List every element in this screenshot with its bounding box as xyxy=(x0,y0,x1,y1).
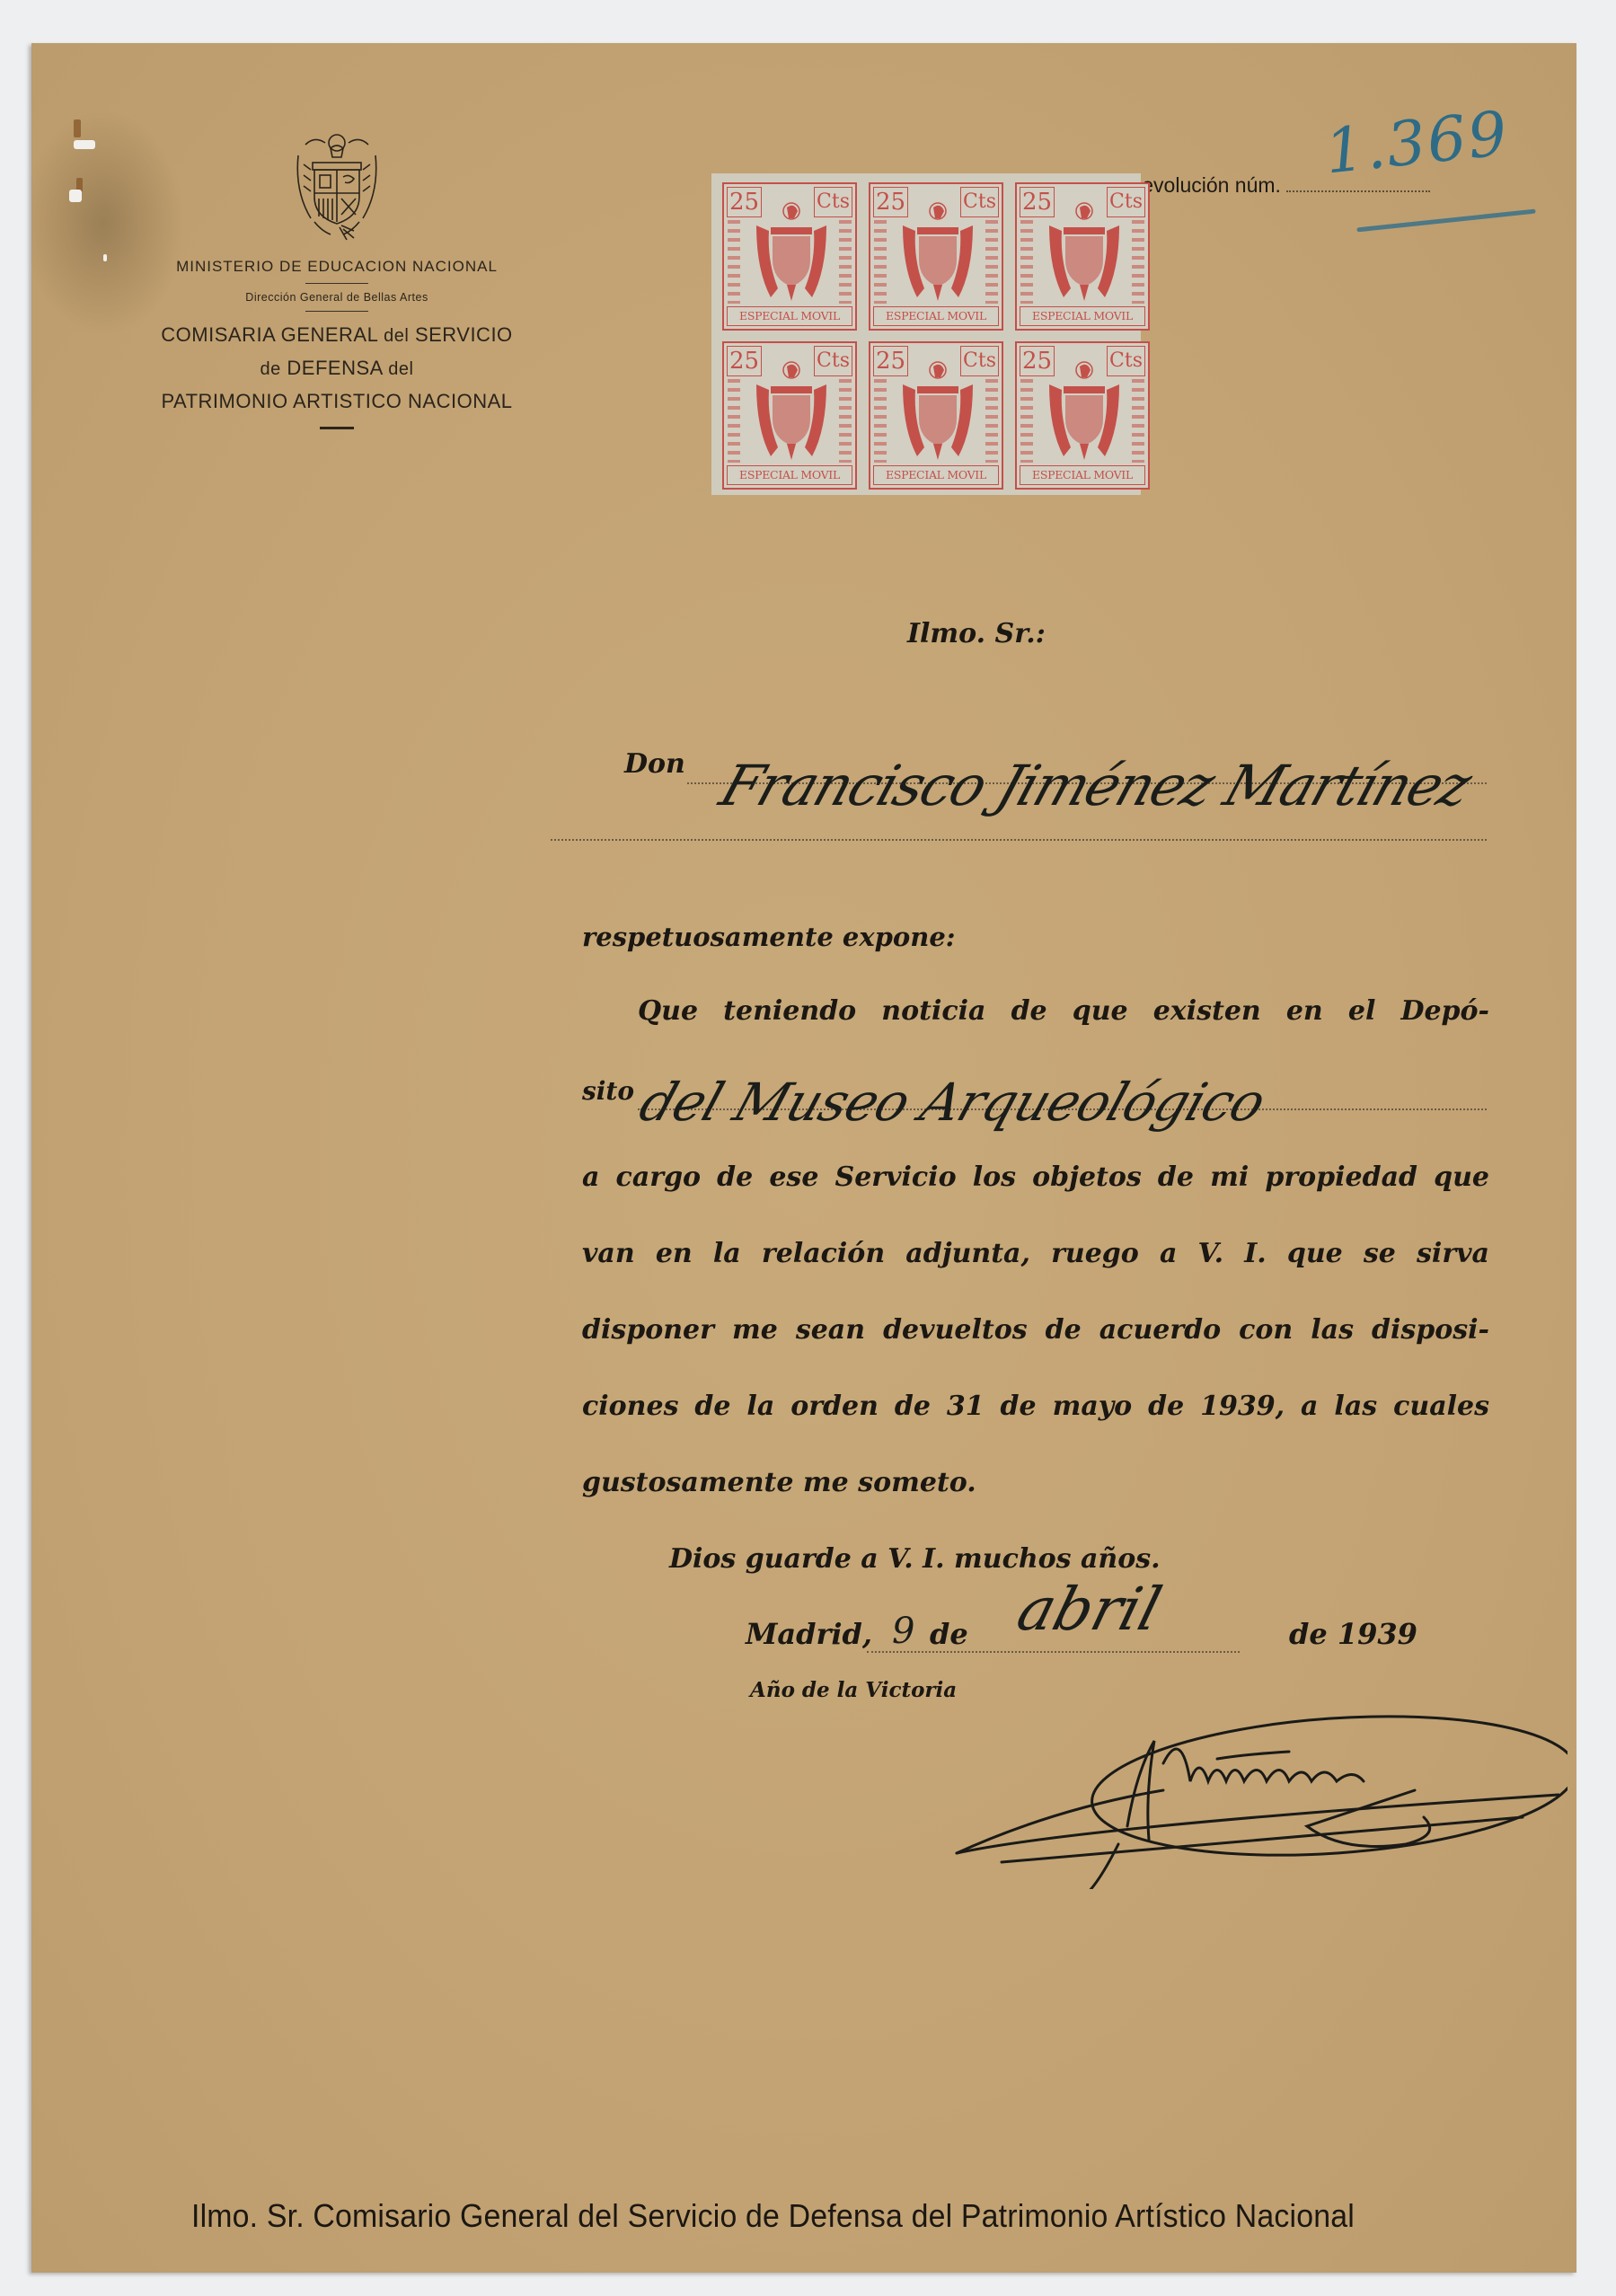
stamp-label: ESPECIAL MOVIL xyxy=(1020,306,1145,326)
revenue-stamp: 25 Cts ESPECIAL MOVIL xyxy=(869,182,1003,331)
expone-heading: respetuosamente expone: xyxy=(582,922,956,952)
letterhead: MINISTERIO DE EDUCACION NACIONAL Direcci… xyxy=(148,128,525,429)
commission-text: DEFENSA xyxy=(287,357,382,379)
divider xyxy=(305,311,368,312)
commission-text: del xyxy=(388,359,413,379)
stamp-ornament xyxy=(1020,220,1033,304)
date-de: de xyxy=(930,1617,968,1651)
stamp-ornament xyxy=(839,220,852,304)
salutation: Ilmo. Sr.: xyxy=(907,618,1046,649)
stamp-label: ESPECIAL MOVIL xyxy=(727,465,852,485)
body-line-4: van en la relación adjunta, ruego a V. I… xyxy=(582,1238,1489,1269)
recipient-footer: Ilmo. Sr. Comisario General del Servicio… xyxy=(191,2197,1355,2235)
closing-formula: Dios guarde a V. I. muchos años. xyxy=(669,1543,1161,1575)
commission-text: del xyxy=(384,326,409,346)
date-year-prefix: de 19 xyxy=(1289,1617,1377,1651)
body-line-6: ciones de la orden de 31 de mayo de 1939… xyxy=(582,1391,1489,1422)
body-line-7: gustosamente me someto. xyxy=(582,1467,1489,1498)
handwritten-month: abril xyxy=(1011,1575,1169,1644)
stamp-ornament xyxy=(874,220,887,304)
date-day-month-field xyxy=(867,1651,1240,1653)
revenue-stamps-block: 25 Cts ESPECIAL MOVIL 25 Cts ESPECIAL MO… xyxy=(711,173,1141,495)
paper-speck xyxy=(103,254,107,261)
body-line-2-prefix: sito xyxy=(582,1076,634,1106)
stamp-ornament xyxy=(839,379,852,463)
body-line-3: a cargo de ese Servicio los objetos de m… xyxy=(582,1161,1489,1193)
commission-text: COMISARIA GENERAL xyxy=(161,323,377,346)
stamp-ornament xyxy=(1132,379,1144,463)
commission-text: PATRIMONIO ARTISTICO NACIONAL xyxy=(148,385,525,418)
date-year: de 1939 xyxy=(1289,1617,1417,1651)
staple-hole-icon xyxy=(74,140,95,149)
applicant-label: Don xyxy=(624,748,685,780)
rust-mark xyxy=(74,119,81,137)
eagle-crest-icon xyxy=(1046,358,1123,464)
commission-name: COMISARIA GENERAL del SERVICIO de DEFENS… xyxy=(148,319,525,418)
ministry-name: MINISTERIO DE EDUCACION NACIONAL xyxy=(148,258,525,276)
stamp-ornament xyxy=(728,220,740,304)
date-year-suffix: 39 xyxy=(1377,1617,1417,1651)
stamp-ornament xyxy=(985,379,998,463)
stamp-ornament xyxy=(874,379,887,463)
handwritten-signature-icon xyxy=(948,1709,1567,1889)
revenue-stamp: 25 Cts ESPECIAL MOVIL xyxy=(869,341,1003,490)
stamp-label: ESPECIAL MOVIL xyxy=(873,465,999,485)
eagle-crest-icon xyxy=(899,199,976,305)
eagle-crest-icon xyxy=(753,358,830,464)
staple-hole-icon xyxy=(69,190,82,202)
eagle-crest-icon xyxy=(753,199,830,305)
handwritten-deposit-location: del Museo Arqueológico xyxy=(632,1072,1273,1133)
stamp-ornament xyxy=(1020,379,1033,463)
divider xyxy=(320,427,354,429)
stamp-label: ESPECIAL MOVIL xyxy=(873,306,999,326)
eagle-crest-icon xyxy=(899,358,976,464)
stamp-label: ESPECIAL MOVIL xyxy=(727,306,852,326)
eagle-crest-icon xyxy=(1046,199,1123,305)
handwritten-day: 9 xyxy=(892,1611,914,1652)
direction-name: Dirección General de Bellas Artes xyxy=(148,291,525,304)
revenue-stamp: 25 Cts ESPECIAL MOVIL xyxy=(1015,182,1150,331)
body-line-1: Que teniendo noticia de que existen en e… xyxy=(638,995,1489,1027)
handwritten-applicant-name: Francisco Jiménez Martínez xyxy=(712,753,1479,818)
coat-of-arms-icon xyxy=(287,128,386,245)
commission-text: de xyxy=(261,359,281,379)
revenue-stamp: 25 Cts ESPECIAL MOVIL xyxy=(1015,341,1150,490)
blue-underline xyxy=(1356,209,1535,233)
body-line-5: disponer me sean devueltos de acuerdo co… xyxy=(582,1314,1489,1346)
stamp-ornament xyxy=(1132,220,1144,304)
file-number-field xyxy=(1286,190,1430,192)
document-page: MINISTERIO DE EDUCACION NACIONAL Direcci… xyxy=(31,43,1576,2273)
handwritten-file-number: 1.369 xyxy=(1321,99,1512,189)
revenue-stamp: 25 Cts ESPECIAL MOVIL xyxy=(722,341,857,490)
stamp-label: ESPECIAL MOVIL xyxy=(1020,465,1145,485)
revenue-stamp: 25 Cts ESPECIAL MOVIL xyxy=(722,182,857,331)
date-city: Madrid, xyxy=(746,1617,872,1651)
divider xyxy=(305,283,368,284)
applicant-name-field-continued xyxy=(551,839,1487,841)
commission-text: SERVICIO xyxy=(415,323,513,346)
era-label: Año de la Victoria xyxy=(750,1678,957,1702)
stamp-ornament xyxy=(728,379,740,463)
stamp-ornament xyxy=(985,220,998,304)
